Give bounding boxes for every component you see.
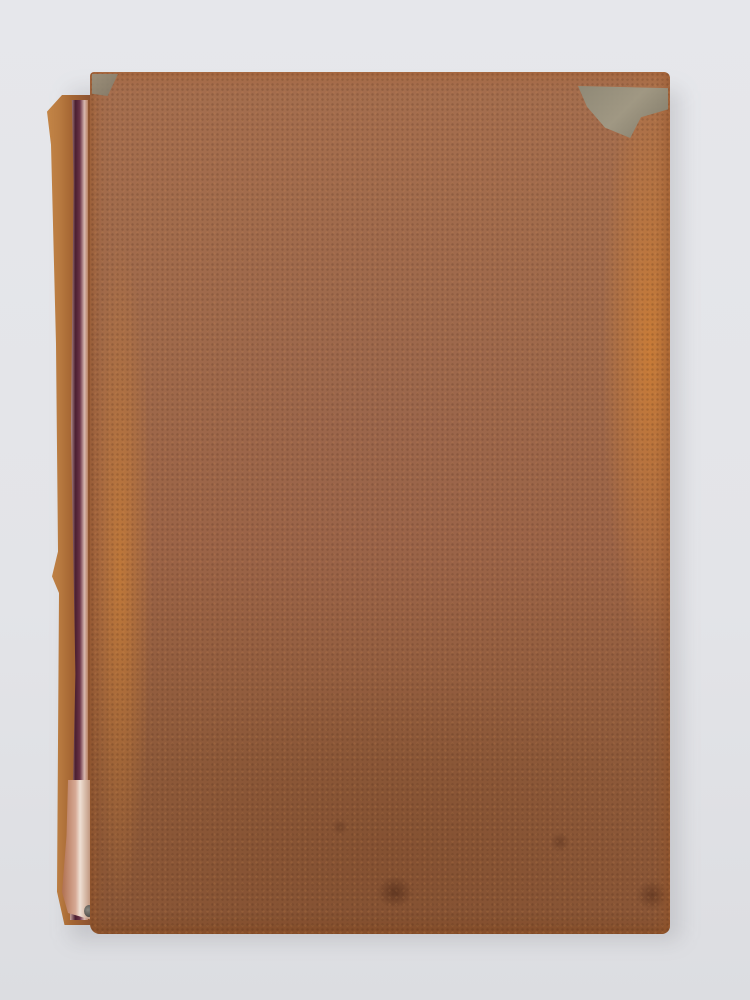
photo-scene [0,0,750,1000]
book-cover [90,72,670,934]
